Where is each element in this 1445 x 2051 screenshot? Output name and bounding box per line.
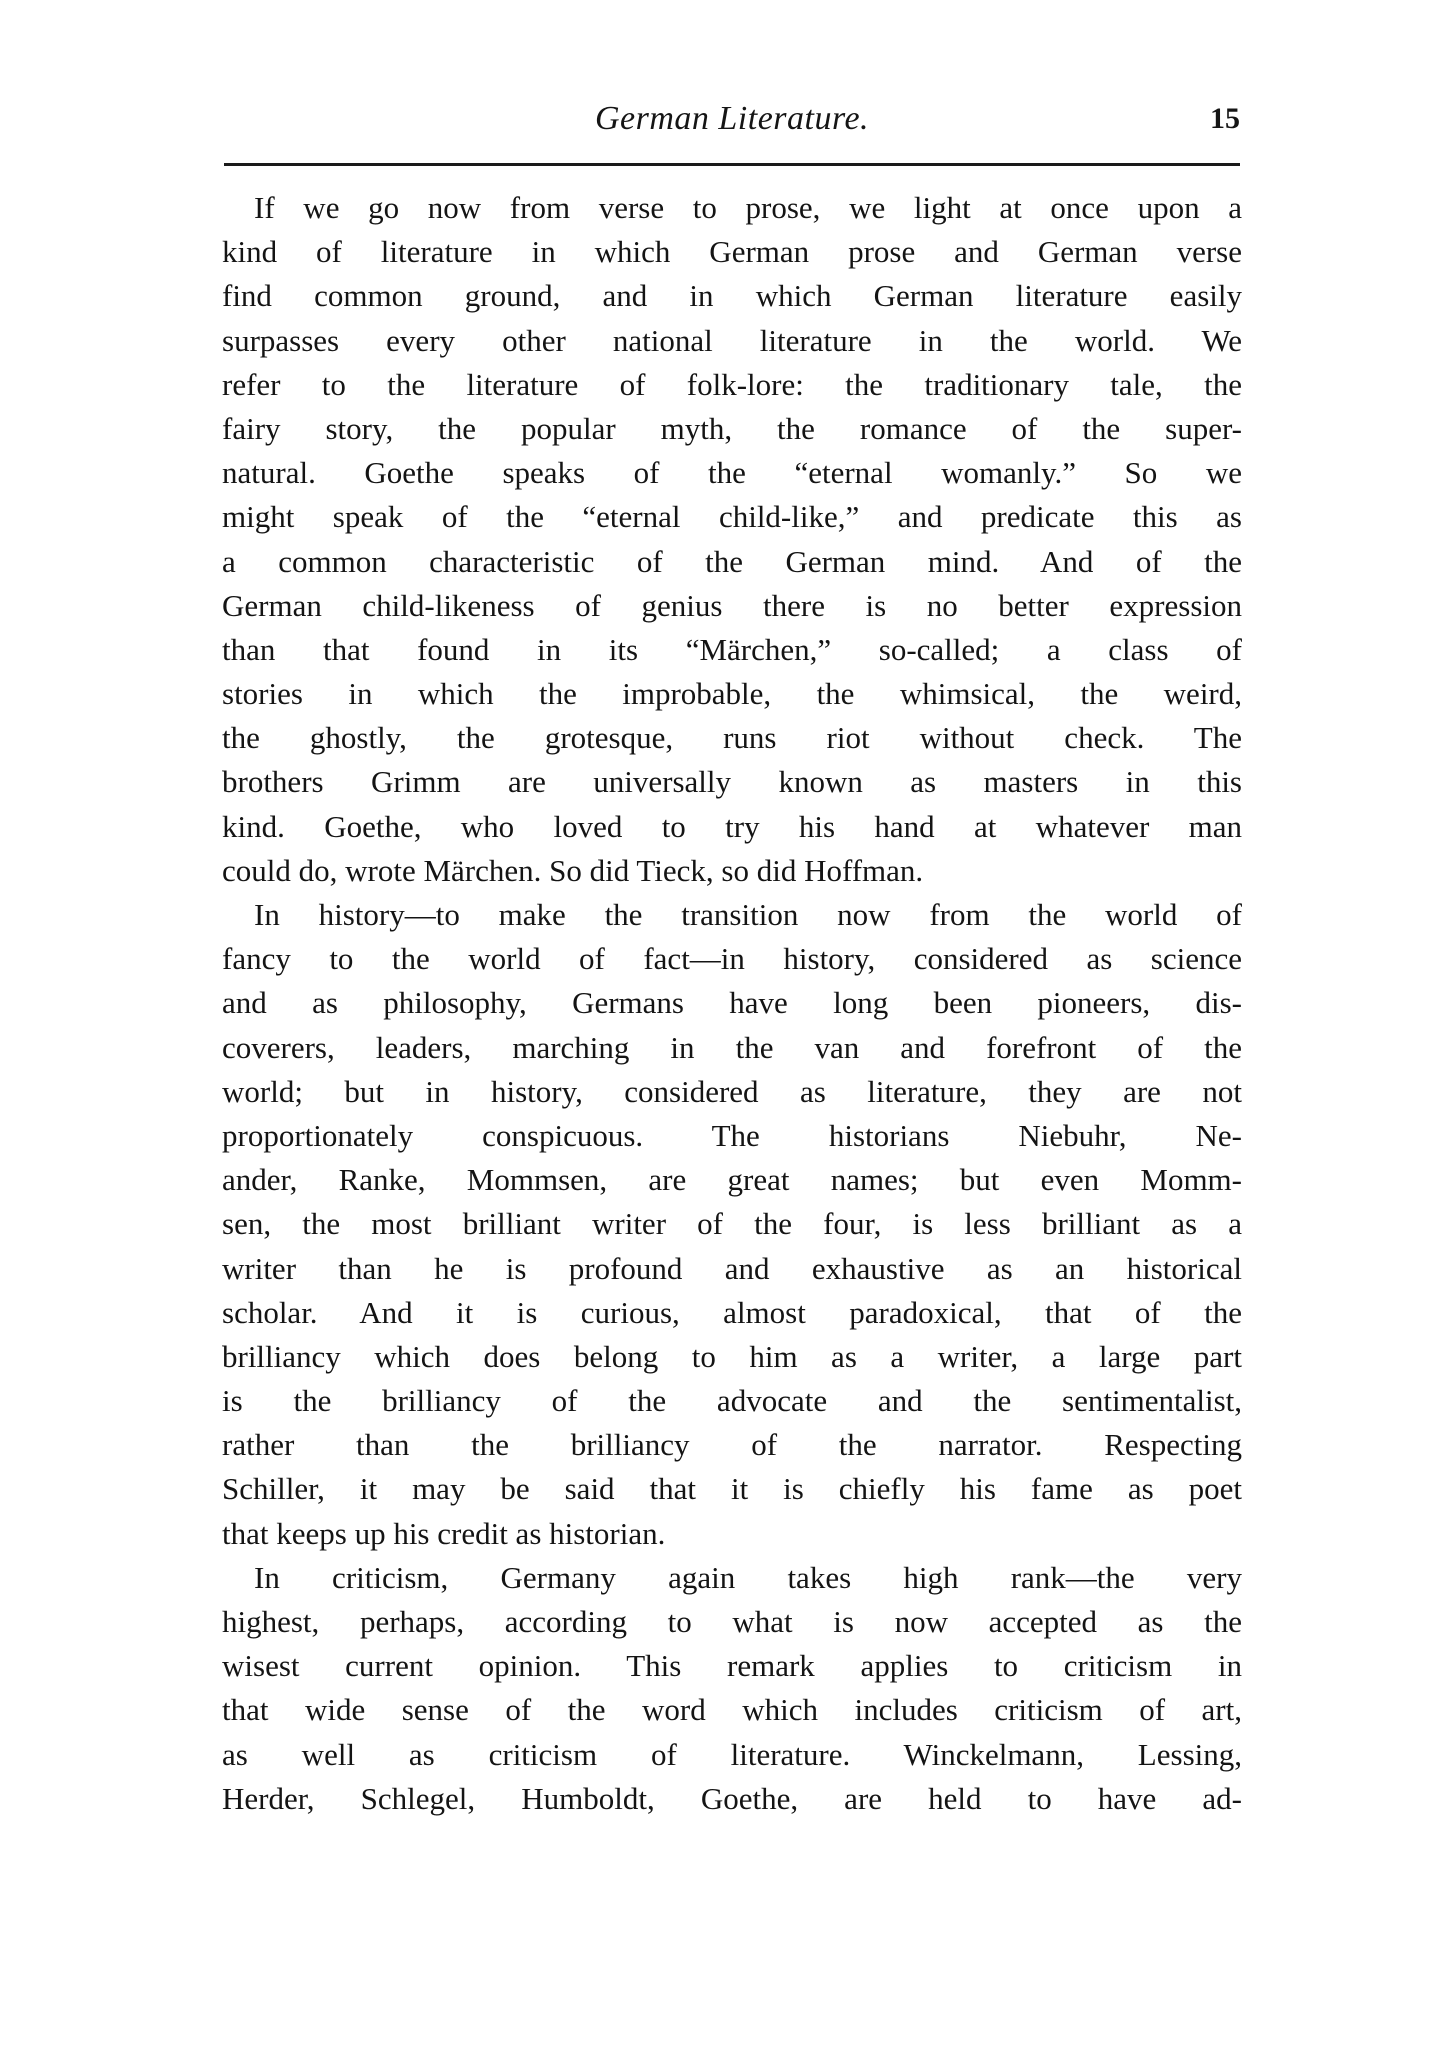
text-line: might speak of the “eternal child-like,”… (222, 495, 1242, 539)
text-line: fairy story, the popular myth, the roman… (222, 407, 1242, 451)
text-line: stories in which the improbable, the whi… (222, 672, 1242, 716)
header-rule (224, 163, 1240, 166)
text-line: the ghostly, the grotesque, runs riot wi… (222, 716, 1242, 760)
text-line: brothers Grimm are universally known as … (222, 760, 1242, 804)
text-line: world; but in history, considered as lit… (222, 1070, 1242, 1114)
paragraph-history: In history—to make the transition now fr… (222, 893, 1242, 1556)
text-line: German child-likeness of genius there is… (222, 584, 1242, 628)
text-line: could do, wrote Märchen. So did Tieck, s… (222, 849, 1242, 893)
text-line: fancy to the world of fact—in history, c… (222, 937, 1242, 981)
text-line: surpasses every other national literatur… (222, 319, 1242, 363)
text-line: Schiller, it may be said that it is chie… (222, 1467, 1242, 1511)
text-line: wisest current opinion. This remark appl… (222, 1644, 1242, 1688)
running-title: German Literature. (224, 100, 1240, 138)
text-line: brilliancy which does belong to him as a… (222, 1335, 1242, 1379)
text-line: find common ground, and in which German … (222, 274, 1242, 318)
text-line: than that found in its “Märchen,” so-cal… (222, 628, 1242, 672)
text-line: ander, Ranke, Mommsen, are great names; … (222, 1158, 1242, 1202)
text-line: proportionately conspicuous. The histori… (222, 1114, 1242, 1158)
text-line: that wide sense of the word which includ… (222, 1688, 1242, 1732)
paragraph-criticism: In criticism, Germany again takes high r… (222, 1556, 1242, 1821)
text-line: refer to the literature of folk-lore: th… (222, 363, 1242, 407)
text-line: natural. Goethe speaks of the “eternal w… (222, 451, 1242, 495)
text-line: If we go now from verse to prose, we lig… (222, 186, 1242, 230)
text-line: kind of literature in which German prose… (222, 230, 1242, 274)
text-line: rather than the brilliancy of the narrat… (222, 1423, 1242, 1467)
text-line: sen, the most brilliant writer of the fo… (222, 1202, 1242, 1246)
page-number: 15 (1210, 102, 1240, 136)
text-line: writer than he is profound and exhaustiv… (222, 1247, 1242, 1291)
text-line: a common characteristic of the German mi… (222, 540, 1242, 584)
text-line: In history—to make the transition now fr… (222, 893, 1242, 937)
paragraph-folklore: If we go now from verse to prose, we lig… (222, 186, 1242, 893)
text-line: coverers, leaders, marching in the van a… (222, 1026, 1242, 1070)
text-line: is the brilliancy of the advocate and th… (222, 1379, 1242, 1423)
text-line: Herder, Schlegel, Humboldt, Goethe, are … (222, 1777, 1242, 1821)
text-line: and as philosophy, Germans have long bee… (222, 981, 1242, 1025)
text-line: as well as criticism of literature. Winc… (222, 1733, 1242, 1777)
text-line: that keeps up his credit as historian. (222, 1512, 1242, 1556)
book-page: German Literature. 15 If we go now from … (0, 0, 1445, 2051)
running-head: German Literature. 15 (224, 100, 1240, 150)
text-line: In criticism, Germany again takes high r… (222, 1556, 1242, 1600)
text-line: kind. Goethe, who loved to try his hand … (222, 805, 1242, 849)
text-line: scholar. And it is curious, almost parad… (222, 1291, 1242, 1335)
body-text: If we go now from verse to prose, we lig… (222, 186, 1242, 1821)
text-line: highest, perhaps, according to what is n… (222, 1600, 1242, 1644)
